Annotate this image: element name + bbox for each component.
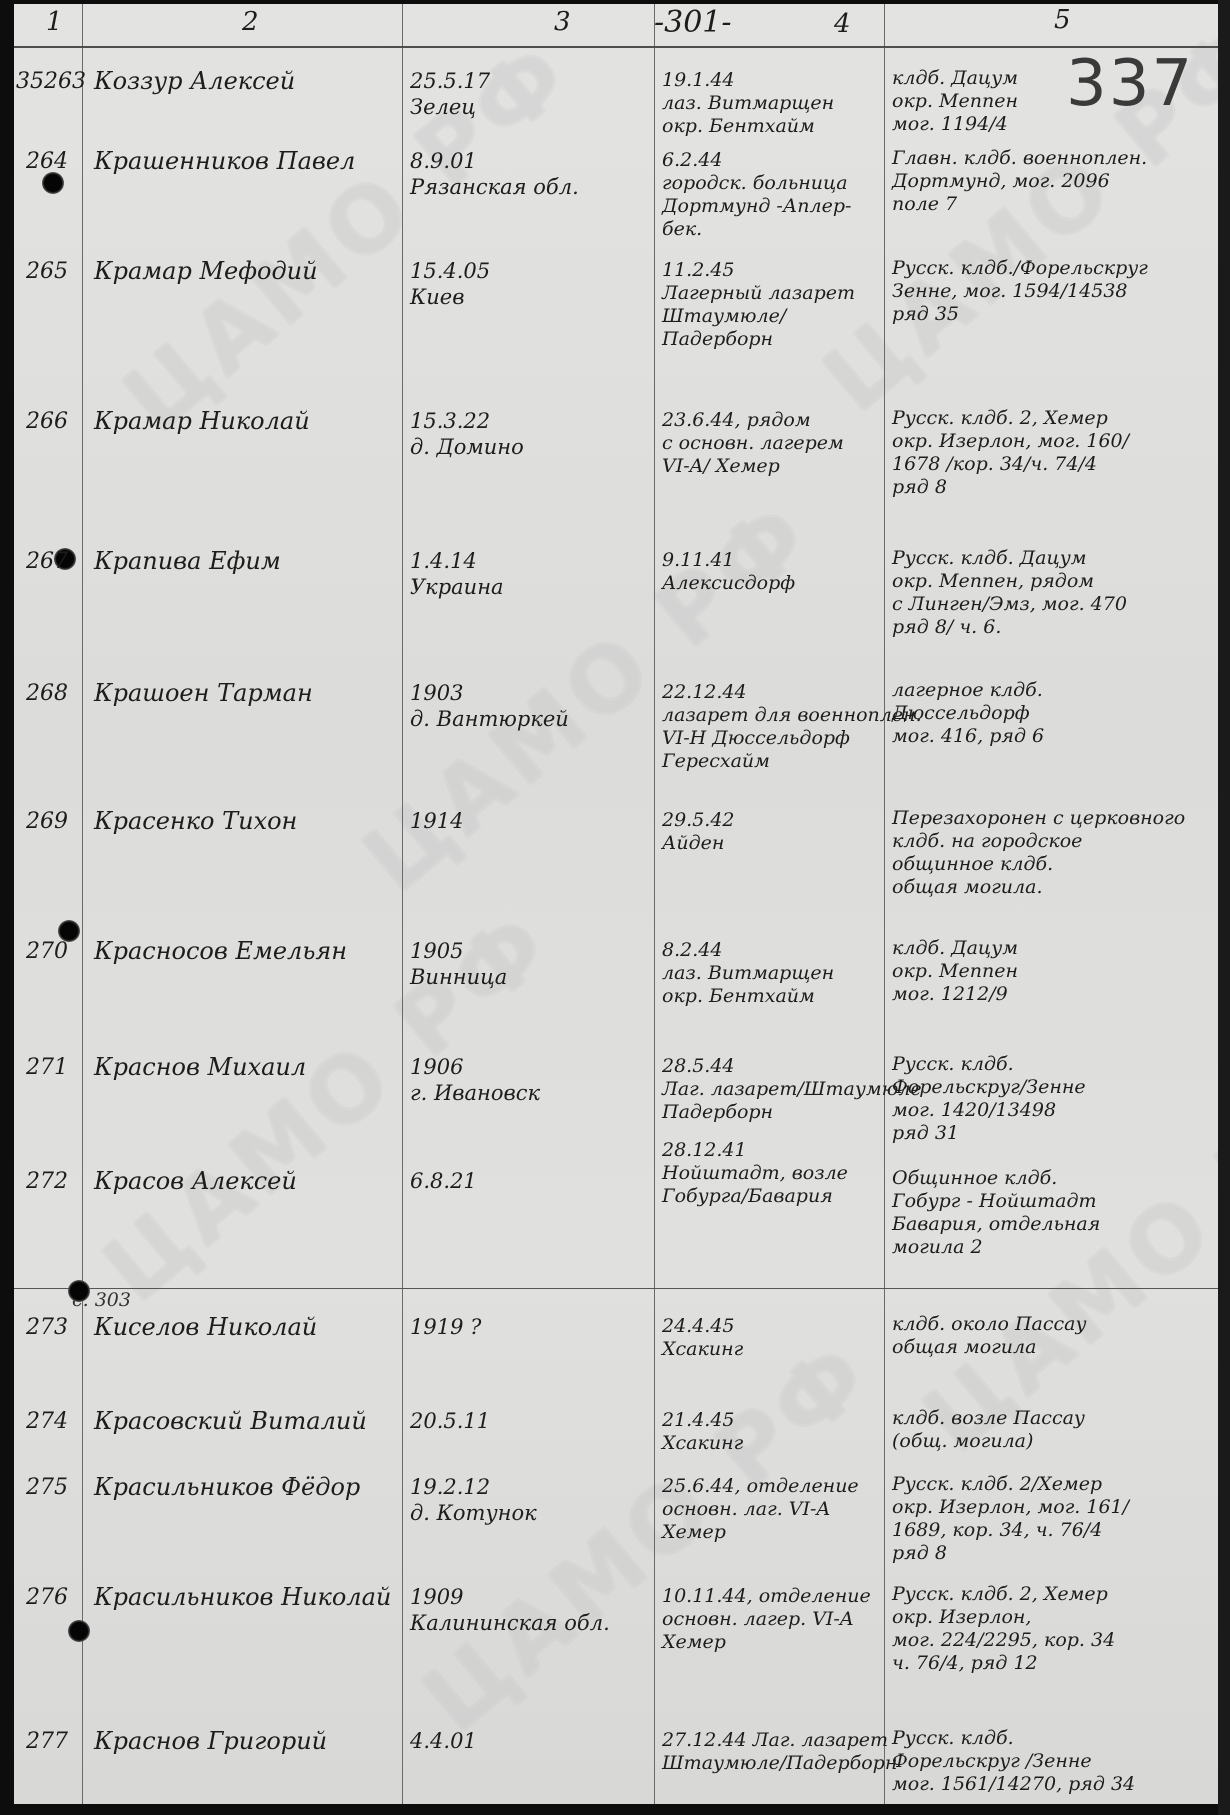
death-info: Дортмунд -Аплер- [662,194,851,218]
record-number: 268 [26,680,68,708]
death-info: лаз. Витмарщен [662,91,834,115]
archive-stamp: 337 [1066,44,1194,126]
death-info: 24.4.45 [662,1314,735,1338]
birth-info: д. Вантюркей [410,706,569,733]
death-info: VI-A/ Хемер [662,454,780,478]
burial-info: мог. 1212/9 [892,982,1008,1006]
death-info: 11.2.45 [662,258,735,282]
burial-info: Русск. клдб. [892,1726,1014,1750]
burial-info: Бавария, отдельная [892,1212,1100,1236]
death-info: Нойштадт, возле [662,1161,848,1185]
death-info: 9.11.41 [662,548,735,572]
death-info: 6.2.44 [662,148,722,172]
death-info: лазарет для военноплен. [662,703,922,727]
death-info: 10.11.44, отделение [662,1584,871,1608]
person-name: Красильников Фёдор [94,1472,360,1503]
page-number: -301- [654,4,732,42]
death-info: Лагерный лазарет [662,281,855,305]
column-divider [82,4,83,1804]
scan-border [1218,0,1230,1815]
death-info: лаз. Витмарщен [662,961,834,985]
death-info: 28.5.44 [662,1054,735,1078]
burial-info: ряд 8 [892,1541,947,1565]
burial-info: с Линген/Эмз, мог. 470 [892,592,1127,616]
birth-info: 1903 [410,680,463,707]
death-info: Хемер [662,1520,726,1544]
burial-info: общинное клдб. [892,852,1053,876]
burial-info: окр. Меппен, рядом [892,569,1094,593]
birth-info: 1.4.14 [410,548,477,575]
death-info: Гобурга/Бавария [662,1184,833,1208]
record-number: 35263 [16,68,86,96]
death-info: Хемер [662,1630,726,1654]
death-info: городск. больница [662,171,848,195]
death-info: окр. Бентхайм [662,114,815,138]
burial-info: клдб. на городское [892,829,1082,853]
burial-info: 1678 /кор. 34/ч. 74/4 [892,452,1097,476]
birth-info: Рязанская обл. [410,174,579,201]
death-info: 21.4.45 [662,1408,735,1432]
burial-info: лагерное клдб. [892,678,1043,702]
death-info: Алексисдорф [662,571,795,595]
record-number: 270 [26,938,68,966]
record-number: 267 [26,548,68,576]
birth-info: Калининская обл. [410,1610,610,1637]
burial-info: общая могила. [892,875,1043,899]
burial-info: Зенне, мог. 1594/14538 [892,279,1128,303]
birth-info: Украина [410,574,504,601]
birth-info: д. Котунок [410,1500,537,1527]
person-name: Крамар Николай [94,406,310,437]
burial-info: Русск. клдб. 2, Хемер [892,1582,1108,1606]
column-number-2: 2 [242,6,259,39]
burial-info: мог. 416, ряд 6 [892,724,1044,748]
birth-info: 15.3.22 [410,408,490,435]
person-name: Красов Алексей [94,1166,297,1197]
burial-info: окр. Изерлон, мог. 160/ [892,429,1129,453]
burial-info: поле 7 [892,192,957,216]
burial-info: окр. Изерлон, [892,1605,1031,1629]
section-rule [14,1288,1220,1289]
death-info: VI-Н Дюссельдорф [662,726,850,750]
birth-info: Киев [410,284,464,311]
death-info: Штаумюле/Падерборн [662,1751,897,1775]
birth-info: 20.5.11 [410,1408,490,1435]
person-name: Красильников Николай [94,1582,391,1613]
burial-info: Русск. клдб. 2/Хемер [892,1472,1102,1496]
burial-info: окр. Меппен [892,89,1018,113]
record-number: 274 [26,1408,68,1436]
death-info: основн. лаг. VI-A [662,1497,830,1521]
death-info: Лаг. лазарет/Штаумюле [662,1077,922,1101]
person-name: Красносов Емельян [94,936,347,967]
person-name: Коззур Алексей [94,66,295,97]
burial-info: 1689, кор. 34, ч. 76/4 [892,1518,1102,1542]
record-number: 272 [26,1168,68,1196]
column-divider [654,4,655,1804]
record-number: 277 [26,1728,68,1756]
death-info: Падерборн [662,1100,773,1124]
burial-info: ряд 8/ ч. 6. [892,615,1001,639]
burial-info: Дюссельдорф [892,701,1030,725]
burial-info: окр. Меппен [892,959,1018,983]
person-name: Крамар Мефодий [94,256,318,287]
birth-info: 25.5.17 [410,68,490,95]
death-info: Штаумюле/ [662,304,786,328]
person-name: Красовский Виталий [94,1406,367,1437]
death-info: окр. Бентхайм [662,984,815,1008]
record-number: 275 [26,1474,68,1502]
death-info: 28.12.41 [662,1138,747,1162]
burial-info: мог. 1420/13498 [892,1098,1056,1122]
birth-info: 15.4.05 [410,258,490,285]
burial-info: могила 2 [892,1235,983,1259]
death-info: 23.6.44, рядом [662,408,811,432]
record-number: 265 [26,258,68,286]
burial-info: клдб. Дацум [892,66,1018,90]
death-info: основн. лагер. VI-A [662,1607,854,1631]
burial-info: клдб. около Пассау [892,1312,1087,1336]
watermark: ЦАМО РФ [404,1320,891,1753]
death-info: 22.12.44 [662,680,747,704]
burial-info: (общ. могила) [892,1429,1033,1453]
death-info: Айден [662,831,724,855]
burial-info: Русск. клдб./Форельскруг [892,256,1148,280]
person-name: Краснов Григорий [94,1726,327,1757]
birth-info: 4.4.01 [410,1728,477,1755]
burial-info: мог. 224/2295, кор. 34 [892,1628,1115,1652]
death-info: с основн. лагерем [662,431,844,455]
birth-info: д. Домино [410,434,524,461]
burial-info: ч. 76/4, ряд 12 [892,1651,1038,1675]
person-name: Киселов Николай [94,1312,317,1343]
burial-info: Русск. клдб. Дацум [892,546,1086,570]
archive-register-page: ЦАМО РФ ЦАМО РФ ЦАМО РФ ЦАМО РФ ЦАМО РФ … [14,4,1220,1804]
burial-info: мог. 1194/4 [892,112,1008,136]
column-divider [884,4,885,1804]
death-info: Хсакинг [662,1431,743,1455]
death-info: 8.2.44 [662,938,722,962]
burial-info: Перезахоронен с церковного [892,806,1185,830]
punch-hole [68,1620,90,1642]
burial-info: Главн. клдб. военноплен. [892,146,1147,170]
column-number-5: 5 [1054,4,1071,37]
death-info: Хсакинг [662,1337,743,1361]
death-info: 27.12.44 Лаг. лазарет [662,1728,888,1752]
punch-hole [68,1280,90,1302]
burial-info: ряд 8 [892,475,947,499]
record-number: 276 [26,1584,68,1612]
burial-info: общая могила [892,1335,1036,1359]
birth-info: Винница [410,964,507,991]
person-name: Красенко Тихон [94,806,297,837]
record-number: 266 [26,408,68,436]
birth-info: 19.2.12 [410,1474,490,1501]
person-name: Крапива Ефим [94,546,281,577]
person-name: Краснов Михаил [94,1052,306,1083]
death-info: Падерборн [662,327,773,351]
record-number: 271 [26,1054,68,1082]
death-info: 29.5.42 [662,808,735,832]
birth-info: Зелец [410,94,476,121]
burial-info: Русск. клдб. [892,1052,1014,1076]
birth-info: 8.9.01 [410,148,477,175]
birth-info: г. Ивановск [410,1080,540,1107]
column-number-3: 3 [554,6,571,39]
burial-info: Русск. клдб. 2, Хемер [892,406,1108,430]
birth-info: 1919 ? [410,1314,481,1341]
column-number-1: 1 [46,6,63,39]
birth-info: 1909 [410,1584,463,1611]
person-name: Крашенников Павел [94,146,355,177]
column-number-4: 4 [834,8,851,41]
birth-info: 1905 [410,938,463,965]
burial-info: клдб. Дацум [892,936,1018,960]
record-number: 273 [26,1314,68,1342]
burial-info: окр. Изерлон, мог. 161/ [892,1495,1129,1519]
death-info: 19.1.44 [662,68,735,92]
burial-info: ряд 35 [892,302,959,326]
header-rule [14,46,1220,48]
column-divider [402,4,403,1804]
record-number: 264 [26,148,68,176]
death-info: бек. [662,217,702,241]
burial-info: ряд 31 [892,1121,959,1145]
person-name: Крашоен Тарман [94,678,313,709]
birth-info: 1906 [410,1054,463,1081]
burial-info: Форельскруг/Зенне [892,1075,1086,1099]
burial-info: Форельскруг /Зенне [892,1749,1092,1773]
burial-info: мог. 1561/14270, ряд 34 [892,1772,1135,1796]
record-number: 269 [26,808,68,836]
birth-info: 6.8.21 [410,1168,477,1195]
birth-info: 1914 [410,808,463,835]
death-info: Гересхайм [662,749,770,773]
burial-info: клдб. возле Пассау [892,1406,1085,1430]
death-info: 25.6.44, отделение [662,1474,859,1498]
burial-info: Гобург - Нойштадт [892,1189,1097,1213]
burial-info: Дортмунд, мог. 2096 [892,169,1110,193]
burial-info: Общинное клдб. [892,1166,1057,1190]
